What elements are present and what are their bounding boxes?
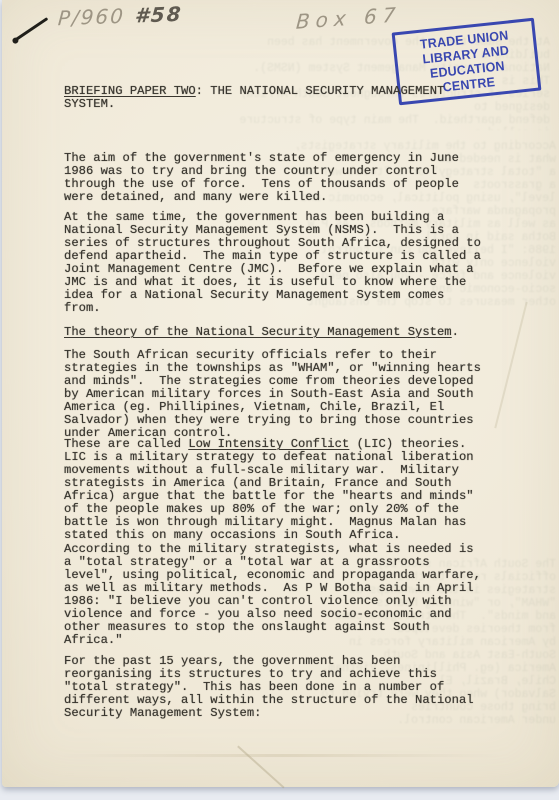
document-page: At the same time, the government has bee… [2,0,559,787]
title-underlined-part: BRIEFING PAPER TWO [64,84,196,98]
heading-underlined-part: The theory of the National Security Mana… [64,325,452,339]
typed-content: BRIEFING PAPER TWO: THE NATIONAL SECURIT… [2,0,559,787]
document-title: BRIEFING PAPER TWO: THE NATIONAL SECURIT… [64,85,526,111]
paragraph-total-strategy: According to the military strategists, w… [64,543,526,647]
paragraph-state-of-emergency: The aim of the government's state of eme… [64,152,526,204]
section-heading-theory: The theory of the National Security Mana… [64,326,526,339]
paragraph-lic-theories: These are called Low Intensity Conflict … [64,438,526,542]
lic-before-text: These are called [64,437,188,451]
lic-underlined-text: Low Intensity Conflict [188,437,349,451]
paragraph-reorganising: For the past 15 years, the government ha… [64,655,526,720]
lic-after-text: (LIC) theories. LIC is a military strate… [64,437,474,542]
paragraph-wham-strategies: The South African security officials ref… [64,349,526,440]
paragraph-nsms-intro: At the same time, the government has bee… [64,211,526,315]
heading-period: . [452,325,459,339]
